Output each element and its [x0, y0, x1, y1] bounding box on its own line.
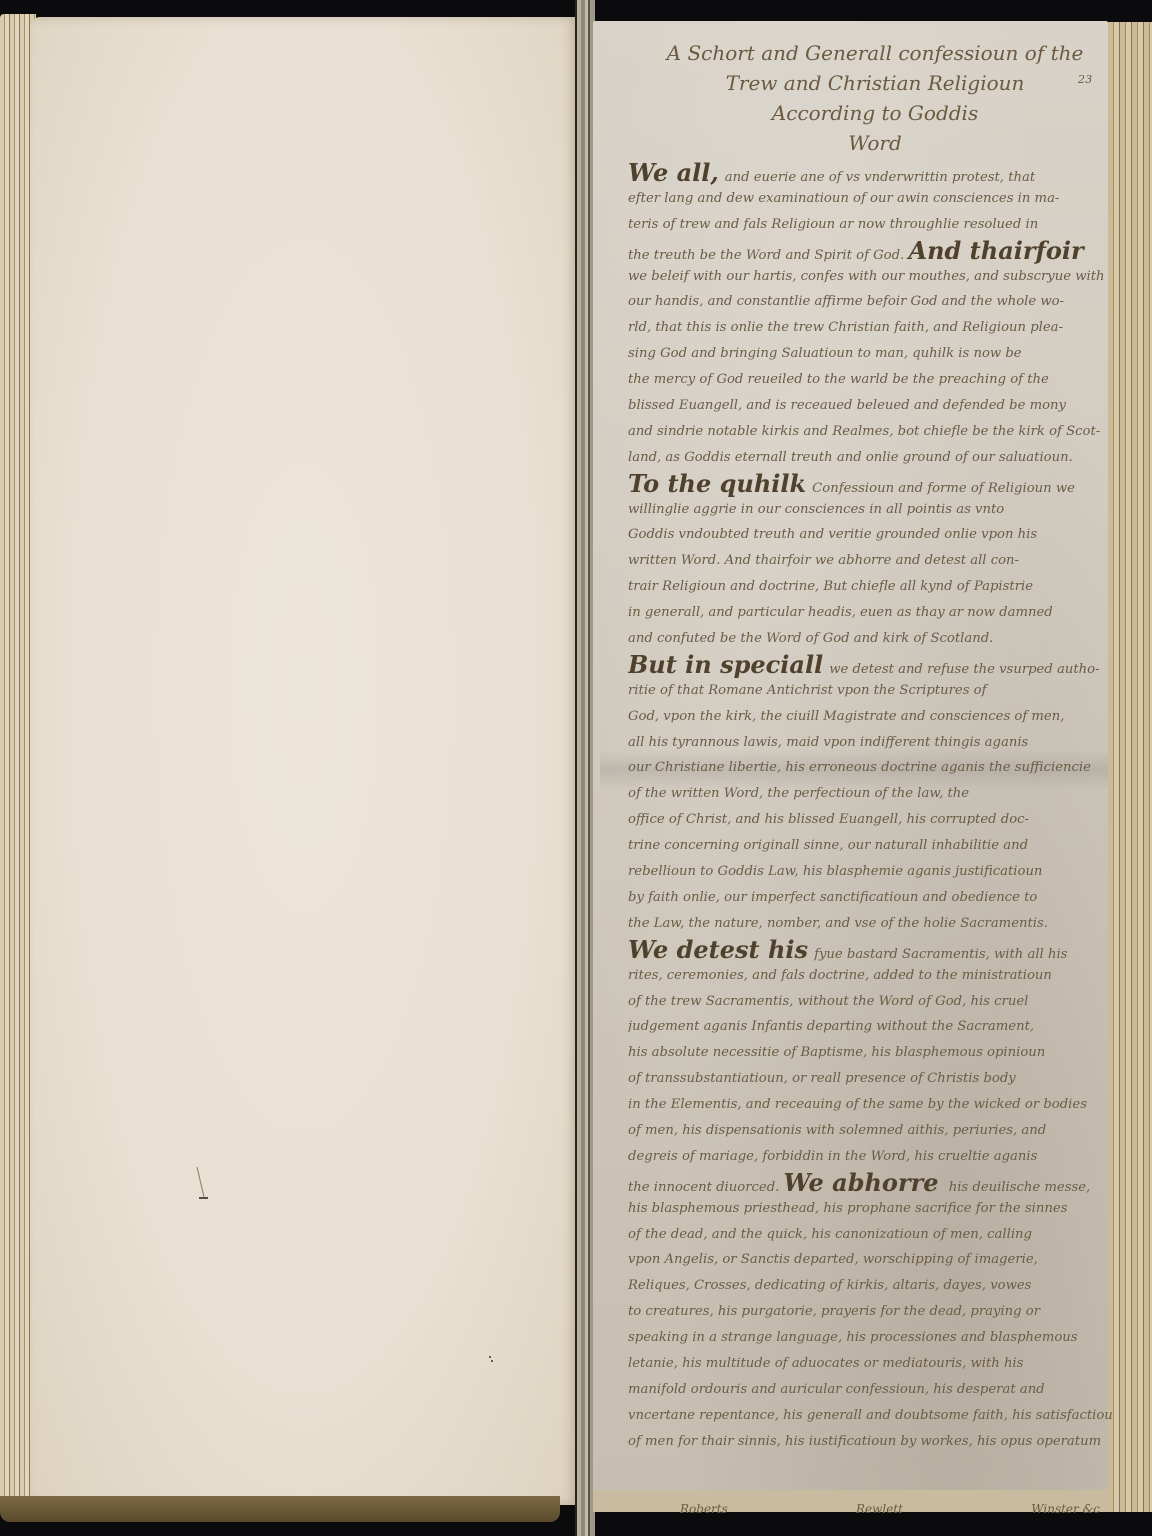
text-line: the innocent diuorced. We abhorre his de…: [628, 1170, 1113, 1196]
text-line: of men for thair sinnis, his iustificati…: [628, 1429, 1113, 1455]
text-line: to creatures, his purgatorie, prayeris f…: [628, 1299, 1113, 1325]
text-line: We all,and euerie ane of vs vnderwrittin…: [628, 160, 1113, 186]
text-line: sing God and bringing Saluatioun to man,…: [628, 341, 1113, 367]
paragraph-heading: We abhorre: [784, 1170, 939, 1196]
title-line-1: A Schort and Generall confessioun of the: [640, 38, 1110, 68]
text-line: our handis, and constantlie affirme befo…: [628, 289, 1113, 315]
text-line: and sindrie notable kirkis and Realmes, …: [628, 419, 1113, 445]
footer-fragment: Roberts: [680, 1502, 728, 1516]
text-line: the treuth be the Word and Spirit of God…: [628, 238, 1113, 264]
manuscript-title: A Schort and Generall confessioun of the…: [640, 38, 1110, 158]
text-line: trine concerning originall sinne, our na…: [628, 833, 1113, 859]
text-line: office of Christ, and his blissed Euange…: [628, 807, 1113, 833]
text-line: manifold ordouris and auricular confessi…: [628, 1377, 1113, 1403]
paragraph-heading: To the quhilk: [628, 471, 806, 497]
text-line: degreis of mariage, forbiddin in the Wor…: [628, 1144, 1113, 1170]
text-line: rites, ceremonies, and fals doctrine, ad…: [628, 963, 1113, 989]
book-gutter: [575, 0, 595, 1536]
text-line: teris of trew and fals Religioun ar now …: [628, 212, 1113, 238]
paragraph-heading: We detest his: [628, 937, 808, 963]
paragraph-heading: But in speciall: [628, 652, 823, 678]
text-line: To the quhilkConfessioun and forme of Re…: [628, 471, 1113, 497]
text-line: blissed Euangell, and is receaued beleue…: [628, 393, 1113, 419]
text-line: ritie of that Romane Antichrist vpon the…: [628, 678, 1113, 704]
left-page-blank: [30, 17, 578, 1505]
text-line: of the dead, and the quick, his canoniza…: [628, 1222, 1113, 1248]
text-line: judgement aganis Infantis departing with…: [628, 1014, 1113, 1040]
text-line: his absolute necessitie of Baptisme, his…: [628, 1040, 1113, 1066]
footer-signatures: Roberts Rewlett Winster &c: [680, 1502, 1100, 1516]
text-line: Goddis vndoubted treuth and veritie grou…: [628, 522, 1113, 548]
text-line: our Christiane libertie, his erroneous d…: [628, 755, 1113, 781]
text-line: But in speciallwe detest and refuse the …: [628, 652, 1113, 678]
text-line: God, vpon the kirk, the ciuill Magistrat…: [628, 704, 1113, 730]
text-line: We detest hisfyue bastard Sacramentis, w…: [628, 937, 1113, 963]
paragraph-heading: And thairfoir: [908, 238, 1083, 264]
title-line-3: According to Goddis: [640, 98, 1110, 128]
text-line: letanie, his multitude of aduocates or m…: [628, 1351, 1113, 1377]
text-line: all his tyrannous lawis, maid vpon indif…: [628, 730, 1113, 756]
text-line: written Word. And thairfoir we abhorre a…: [628, 548, 1113, 574]
right-page-edges: [1108, 22, 1152, 1512]
text-line: his blasphemous priesthead, his prophane…: [628, 1196, 1113, 1222]
text-line: speaking in a strange language, his proc…: [628, 1325, 1113, 1351]
text-line: by faith onlie, our imperfect sanctifica…: [628, 885, 1113, 911]
text-line: of the written Word, the perfectioun of …: [628, 781, 1113, 807]
text-line: Reliques, Crosses, dedicating of kirkis,…: [628, 1273, 1113, 1299]
text-line: the Law, the nature, nomber, and vse of …: [628, 911, 1113, 937]
text-line: rebellioun to Goddis Law, his blasphemie…: [628, 859, 1113, 885]
left-binding-board: [0, 1496, 560, 1522]
text-line: trair Religioun and doctrine, But chiefl…: [628, 574, 1113, 600]
text-line: willinglie aggrie in our consciences in …: [628, 497, 1113, 523]
ink-dot-mark: [488, 1355, 494, 1363]
footer-fragment: Winster &c: [1031, 1502, 1100, 1516]
paragraph-heading: We all,: [628, 160, 719, 186]
text-line: in the Elementis, and receauing of the s…: [628, 1092, 1113, 1118]
text-line: of men, his dispensationis with solemned…: [628, 1118, 1113, 1144]
folio-number: 23: [1078, 73, 1093, 86]
text-line: rld, that this is onlie the trew Christi…: [628, 315, 1113, 341]
text-line: of transsubstantiatioun, or reall presen…: [628, 1066, 1113, 1092]
pencil-tick-mark: [195, 1165, 209, 1205]
text-line: in generall, and particular headis, euen…: [628, 600, 1113, 626]
title-line-2: Trew and Christian Religioun: [640, 68, 1110, 98]
text-line: the mercy of God reueiled to the warld b…: [628, 367, 1113, 393]
manuscript-body: We all,and euerie ane of vs vnderwrittin…: [628, 160, 1113, 1455]
footer-fragment: Rewlett: [856, 1502, 903, 1516]
text-line: vpon Angelis, or Sanctis departed, worsc…: [628, 1247, 1113, 1273]
text-line: we beleif with our hartis, confes with o…: [628, 264, 1113, 290]
text-line: and confuted be the Word of God and kirk…: [628, 626, 1113, 652]
text-line: of the trew Sacramentis, without the Wor…: [628, 989, 1113, 1015]
text-line: vncertane repentance, his generall and d…: [628, 1403, 1113, 1429]
text-line: efter lang and dew examinatioun of our a…: [628, 186, 1113, 212]
book-spread: A Schort and Generall confessioun of the…: [0, 0, 1152, 1536]
title-line-4: Word: [640, 128, 1110, 158]
text-line: land, as Goddis eternall treuth and onli…: [628, 445, 1113, 471]
